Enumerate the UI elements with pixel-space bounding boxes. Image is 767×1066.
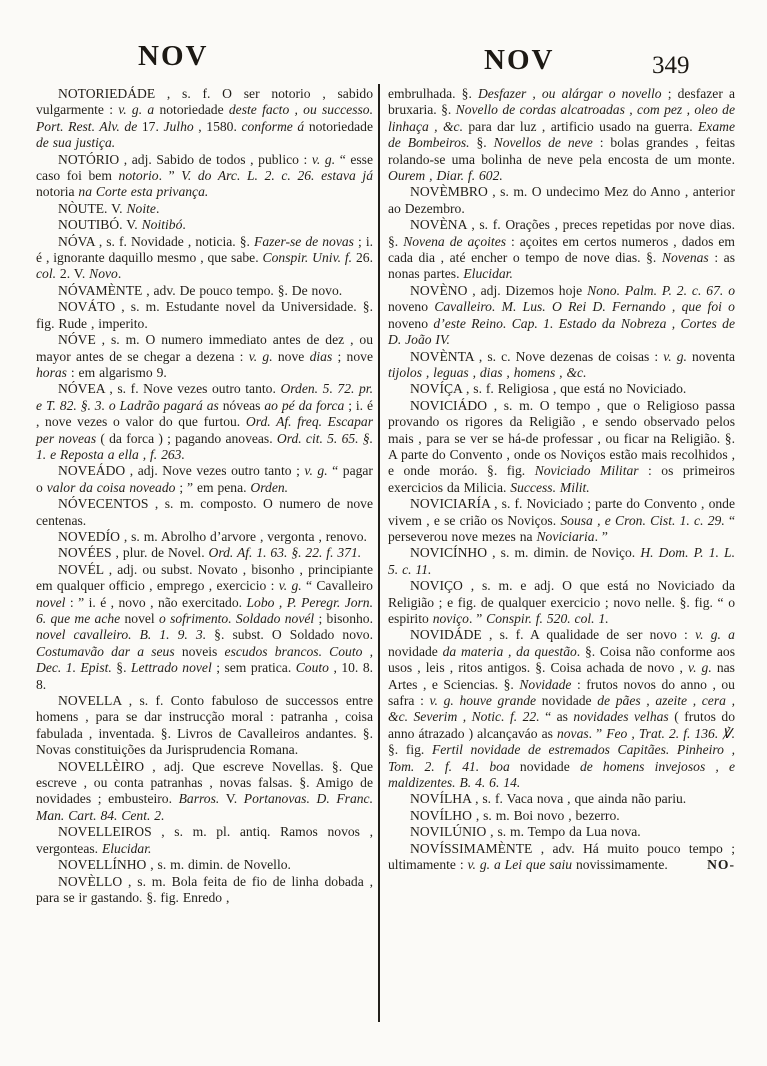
dictionary-entry: NÒUTE. V. Noite. (36, 201, 373, 217)
dictionary-entry: NOVÈNA , s. f. Orações , preces repetida… (388, 217, 735, 283)
dictionary-entry: NOVÍLHA , s. f. Vaca nova , que ainda nã… (388, 791, 735, 807)
dictionary-entry: NOVEÁDO , adj. Nove vezes outro tanto ; … (36, 463, 373, 496)
dictionary-entry: NOVIÇO , s. m. e adj. O que está no Novi… (388, 578, 735, 627)
dictionary-entry: NÓVEA , s. f. Nove vezes outro tanto. Or… (36, 381, 373, 463)
dictionary-entry: NOVÍÇA , s. f. Religiosa , que está no N… (388, 381, 735, 397)
dictionary-entry: NOTORIEDÁDE , s. f. O ser notorio , sabi… (36, 86, 373, 152)
dictionary-entry: NOVELLÈIRO , adj. Que escreve Novellas. … (36, 759, 373, 825)
column-divider-rule (378, 84, 380, 1022)
running-title-right: NOV (484, 44, 554, 77)
dictionary-entry: NOVÁTO , s. m. Estudante novel da Univer… (36, 299, 373, 332)
dictionary-entry: NOTÓRIO , adj. Sabido de todos , publico… (36, 152, 373, 201)
dictionary-entry: NOVICIARÍA , s. f. Noviciado ; parte do … (388, 496, 735, 545)
dictionary-entry: NOUTIBÓ. V. Noitibó. (36, 217, 373, 233)
dictionary-entry: NOVILÚNIO , s. m. Tempo da Lua nova. (388, 824, 735, 840)
dictionary-entry: NOVÈNTA , s. c. Nove dezenas de coisas :… (388, 349, 735, 382)
dictionary-entry: NOVELLEIROS , s. m. pl. antiq. Ramos nov… (36, 824, 373, 857)
dictionary-entry: NÓVE , s. m. O numero immediato antes de… (36, 332, 373, 381)
dictionary-entry: NOVÈMBRO , s. m. O undecimo Mez do Anno … (388, 184, 735, 217)
dictionary-entry: NOVIDÁDE , s. f. A qualidade de ser novo… (388, 627, 735, 791)
dictionary-entry: NOVELLA , s. f. Conto fabuloso de succes… (36, 693, 373, 759)
dictionary-entry: NOVÍLHO , s. m. Boi novo , bezerro. (388, 808, 735, 824)
dictionary-entry: embrulhada. §. Desfazer , ou alárgar o n… (388, 86, 735, 184)
dictionary-entry: NOVEDÍO , s. m. Abrolho d’arvore , vergo… (36, 529, 373, 545)
dictionary-entry: NÓVECENTOS , s. m. composto. O numero de… (36, 496, 373, 529)
dictionary-entry: NOVELLÍNHO , s. m. dimin. de Novello. (36, 857, 373, 873)
page-number: 349 (652, 52, 690, 80)
dictionary-entry: NOVÈNO , adj. Dizemos hoje Nono. Palm. P… (388, 283, 735, 349)
dictionary-entry: NÓVAMÈNTE , adv. De pouco tempo. §. De n… (36, 283, 373, 299)
dictionary-entry: NOVICIÁDO , s. m. O tempo , que o Religi… (388, 398, 735, 496)
dictionary-entry: NOVICÍNHO , s. m. dimin. de Noviço. H. D… (388, 545, 735, 578)
dictionary-page: NOV NOV 349 NOTORIEDÁDE , s. f. O ser no… (0, 0, 767, 1066)
dictionary-entry: NOVÉL , adj. ou subst. Novato , bisonho … (36, 562, 373, 693)
text-column-left: NOTORIEDÁDE , s. f. O ser notorio , sabi… (36, 86, 373, 906)
running-title-left: NOV (138, 40, 208, 73)
dictionary-entry: NOVÉES , plur. de Novel. Ord. Af. 1. 63.… (36, 545, 373, 561)
text-column-right: embrulhada. §. Desfazer , ou alárgar o n… (388, 86, 735, 874)
dictionary-entry: NOVÈLLO , s. m. Bola feita de fio de lin… (36, 874, 373, 907)
dictionary-entry: NÓVA , s. f. Novidade , noticia. §. Faze… (36, 234, 373, 283)
